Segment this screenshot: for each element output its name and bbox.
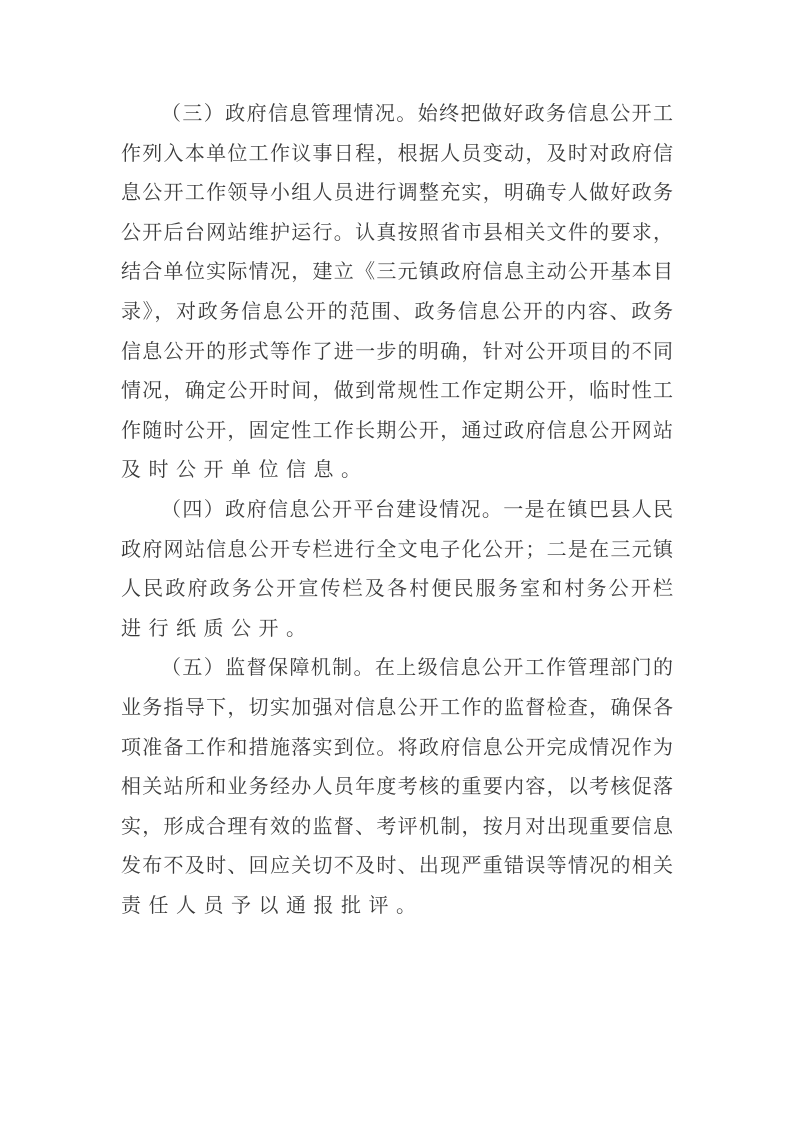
- text-line: 结合单位实际情况，建立《三元镇政府信息主动公开基本目: [121, 252, 673, 292]
- text-line: 公开后台网站维护运行。认真按照省市县相关文件的要求，: [121, 213, 673, 253]
- text-line: 情况，确定公开时间，做到常规性工作定期公开，临时性工: [121, 371, 673, 411]
- text-line: 息公开工作领导小组人员进行调整充实，明确专人做好政务: [121, 173, 673, 213]
- text-line: 人民政府政务公开宣传栏及各村便民服务室和村务公开栏: [121, 569, 673, 609]
- text-line: 录》，对政务信息公开的范围、政务信息公开的内容、政务: [121, 292, 673, 332]
- text-line: （三）政府信息管理情况。始终把做好政务信息公开工: [121, 94, 673, 134]
- text-line: 发布不及时、回应关切不及时、出现严重错误等情况的相关: [121, 846, 673, 886]
- text-line: （四）政府信息公开平台建设情况。一是在镇巴县人民: [121, 490, 673, 530]
- paragraph-info-management: （三）政府信息管理情况。始终把做好政务信息公开工 作列入本单位工作议事日程，根据…: [121, 94, 673, 490]
- text-line: 项准备工作和措施落实到位。将政府信息公开完成情况作为: [121, 728, 673, 768]
- text-line: 相关站所和业务经办人员年度考核的重要内容，以考核促落: [121, 767, 673, 807]
- text-line: 政府网站信息公开专栏进行全文电子化公开；二是在三元镇: [121, 530, 673, 570]
- document-body: （三）政府信息管理情况。始终把做好政务信息公开工 作列入本单位工作议事日程，根据…: [121, 94, 673, 925]
- paragraph-platform-construction: （四）政府信息公开平台建设情况。一是在镇巴县人民 政府网站信息公开专栏进行全文电…: [121, 490, 673, 648]
- text-line: （五）监督保障机制。在上级信息公开工作管理部门的: [121, 648, 673, 688]
- text-line: 及时公开单位信息。: [121, 450, 673, 490]
- text-line: 信息公开的形式等作了进一步的明确，针对公开项目的不同: [121, 332, 673, 372]
- text-line: 作随时公开，固定性工作长期公开，通过政府信息公开网站: [121, 411, 673, 451]
- paragraph-supervision-mechanism: （五）监督保障机制。在上级信息公开工作管理部门的 业务指导下，切实加强对信息公开…: [121, 648, 673, 925]
- document-page: （三）政府信息管理情况。始终把做好政务信息公开工 作列入本单位工作议事日程，根据…: [0, 0, 793, 1122]
- text-line: 业务指导下，切实加强对信息公开工作的监督检查，确保各: [121, 688, 673, 728]
- text-line: 责任人员予以通报批评。: [121, 886, 673, 926]
- text-line: 作列入本单位工作议事日程，根据人员变动，及时对政府信: [121, 134, 673, 174]
- text-line: 实，形成合理有效的监督、考评机制，按月对出现重要信息: [121, 807, 673, 847]
- text-line: 进行纸质公开。: [121, 609, 673, 649]
